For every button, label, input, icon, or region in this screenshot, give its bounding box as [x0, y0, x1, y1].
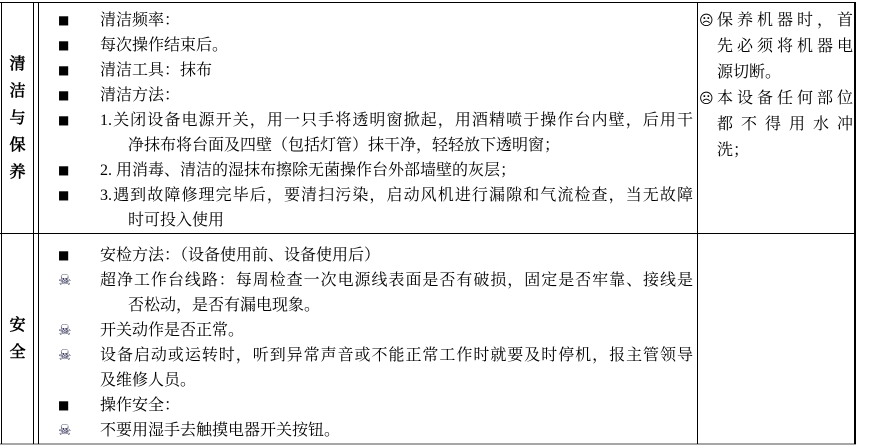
list-item: ■ 清洁方法：	[39, 83, 697, 108]
item-line: 清洁方法：	[100, 83, 697, 108]
list-item: ■ 2. 用消毒、清洁的湿抹布擦除无菌操作台外部墙壁的灰层；	[39, 158, 697, 183]
square-bullet-icon: ■	[58, 58, 69, 83]
note-line: 洗；	[717, 138, 855, 164]
safety-notes-cell	[698, 234, 855, 443]
list-item: ■ 1.关闭设备电源开关，用一只手将透明窗掀起，用酒精喷于操作台内壁，后用干 净…	[39, 108, 697, 158]
item-line: 清洁频率：	[100, 8, 697, 33]
skull-icon: ☠	[58, 318, 71, 343]
item-line: 清洁工具：抹布	[100, 58, 697, 83]
note-line: 源切断。	[717, 60, 855, 86]
skull-icon: ☠	[58, 268, 71, 293]
item-line: 2. 用消毒、清洁的湿抹布擦除无菌操作台外部墙壁的灰层；	[100, 158, 697, 183]
square-bullet-icon: ■	[58, 8, 69, 33]
note-line: 都不得用水冲	[717, 112, 855, 138]
header-double-line-1	[33, 2, 34, 444]
list-item: ■ 每次操作结束后。	[39, 33, 697, 58]
item-line: 不要用湿手去触摸电器开关按钮。	[100, 418, 697, 443]
list-item: ■ 3.遇到故障修理完毕后，要清扫污染，启动风机进行漏隙和气流检查，当无故障 时…	[39, 183, 697, 233]
row-header-safety: 安全	[2, 234, 33, 443]
square-bullet-icon: ■	[58, 158, 69, 183]
note-item: ☹ 保养机器时，首 先必须将机器电 源切断。	[698, 8, 855, 86]
item-line: 3.遇到故障修理完毕后，要清扫污染，启动风机进行漏隙和气流检查，当无故障	[100, 183, 697, 208]
skull-icon: ☠	[58, 343, 71, 368]
item-line: 1.关闭设备电源开关，用一只手将透明窗掀起，用酒精喷于操作台内壁，后用干	[100, 108, 697, 133]
list-item: ■ 安检方法：（设备使用前、设备使用后）	[39, 243, 697, 268]
cleaning-content-cell: ■ 清洁频率： ■ 每次操作结束后。 ■ 清洁工具：抹布 ■ 清洁方法： ■ 1…	[39, 3, 697, 233]
document-page: 清洁与保养 安全 ■ 清洁频率： ■ 每次操作结束后。 ■ 清洁工具：抹布 ■ …	[0, 0, 875, 447]
list-item: ■ 操作安全：	[39, 393, 697, 418]
list-item: ☠ 超净工作台线路：每周检查一次电源线表面是否有破损，固定是否牢靠、接线是 否松…	[39, 268, 697, 318]
row-header-cleaning-maintenance: 清洁与保养	[2, 3, 33, 233]
note-line: 本设备任何部位	[717, 86, 855, 112]
item-line: 净抹布将台面及四壁（包括灯管）抹干净，轻轻放下透明窗；	[100, 133, 697, 158]
list-item: ☠ 开关动作是否正常。	[39, 318, 697, 343]
square-bullet-icon: ■	[58, 243, 69, 268]
item-line: 操作安全：	[100, 393, 697, 418]
note-line: 先必须将机器电	[717, 34, 855, 60]
item-line: 及维修人员。	[100, 368, 697, 393]
table-bottom-edge	[0, 443, 856, 445]
safety-content-cell: ■ 安检方法：（设备使用前、设备使用后） ☠ 超净工作台线路：每周检查一次电源线…	[39, 234, 697, 443]
square-bullet-icon: ■	[58, 393, 69, 418]
item-line: 开关动作是否正常。	[100, 318, 697, 343]
item-line: 每次操作结束后。	[100, 33, 697, 58]
item-line: 时可投入使用	[100, 208, 697, 233]
square-bullet-icon: ■	[58, 83, 69, 108]
frown-face-icon: ☹	[699, 86, 714, 112]
skull-icon: ☠	[58, 418, 71, 443]
item-line: 超净工作台线路：每周检查一次电源线表面是否有破损，固定是否牢靠、接线是	[100, 268, 697, 293]
list-item: ☠ 设备启动或运转时，听到异常声音或不能正常工作时就要及时停机，报主管领导 及维…	[39, 343, 697, 393]
cleaning-notes-cell: ☹ 保养机器时，首 先必须将机器电 源切断。 ☹ 本设备任何部位 都不得用水冲 …	[698, 3, 855, 233]
square-bullet-icon: ■	[58, 33, 69, 58]
square-bullet-icon: ■	[58, 183, 69, 208]
frown-face-icon: ☹	[699, 8, 714, 34]
list-item: ■ 清洁频率：	[39, 8, 697, 33]
square-bullet-icon: ■	[58, 108, 69, 133]
item-line: 安检方法：（设备使用前、设备使用后）	[100, 243, 697, 268]
note-item: ☹ 本设备任何部位 都不得用水冲 洗；	[698, 86, 855, 164]
list-item: ☠ 不要用湿手去触摸电器开关按钮。	[39, 418, 697, 443]
item-line: 否松动，是否有漏电现象。	[100, 293, 697, 318]
note-line: 保养机器时，首	[717, 8, 855, 34]
item-line: 设备启动或运转时，听到异常声音或不能正常工作时就要及时停机，报主管领导	[100, 343, 697, 368]
list-item: ■ 清洁工具：抹布	[39, 58, 697, 83]
